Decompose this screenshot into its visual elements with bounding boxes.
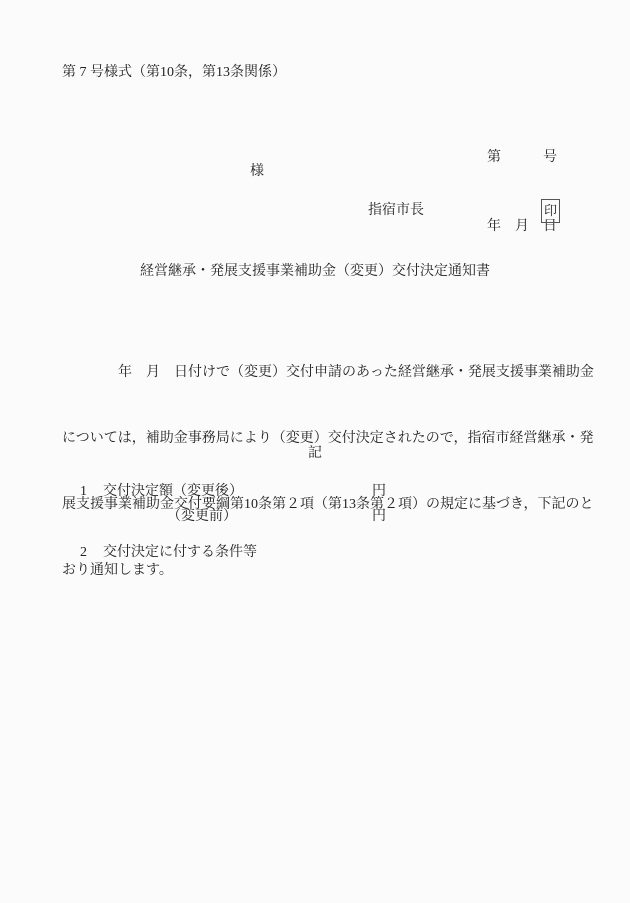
item-label: 交付決定に付する条件等 [103,544,257,562]
doc-number-date-block: 第 号 年 月 日 [487,100,557,284]
item-2-row: 2 交付決定に付する条件等 [0,544,630,564]
item-label: 交付決定額（変更後） [103,483,243,501]
item-sub-label: （変更前） [167,508,237,526]
item-1-row: 1 交付決定額（変更後） 円 [0,483,630,503]
doc-number-line: 第 号 [487,146,557,169]
record-marker: 記 [0,444,630,464]
seal-box: 印 [541,199,560,223]
addressee-suffix: 様 [250,162,264,182]
body-line: 年 月 日付けで（変更）交付申請のあった経営継承・発展支援事業補助金 [62,362,594,384]
form-number: 第 7 号様式（第10条，第13条関係） [62,63,286,83]
item-sub-unit: 円 [372,508,386,526]
document-title: 経営継承・発展支援事業補助金（変更）交付決定通知書 [0,262,630,282]
item-number: 1 [80,483,87,501]
item-1-sub-row: （変更前） 円 [0,508,630,528]
item-unit: 円 [372,483,386,501]
document-page: 第 7 号様式（第10条，第13条関係） 第 号 年 月 日 様 指宿市長 印 … [0,0,630,903]
sender-name: 指宿市長 [368,201,424,221]
item-number: 2 [80,544,87,562]
body-paragraph: 年 月 日付けで（変更）交付申請のあった経営継承・発展支援事業補助金 については… [62,318,594,626]
